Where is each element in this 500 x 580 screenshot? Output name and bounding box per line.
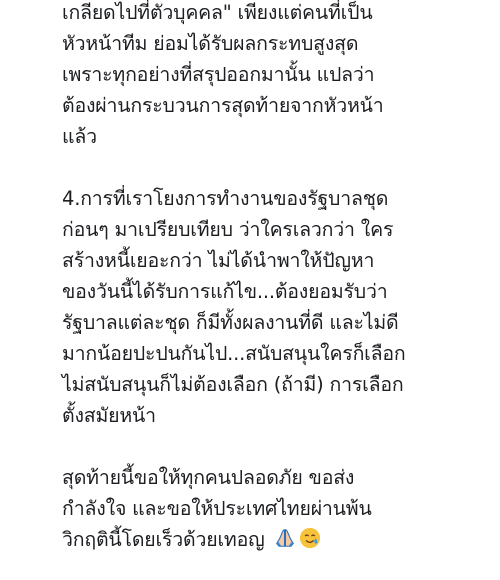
paragraph-gap	[62, 431, 492, 462]
text-line: ต้องผ่านกระบวนการสุดท้ายจากหัวหน้า	[62, 90, 492, 121]
text-line: ตั้งสมัยหน้า	[62, 400, 492, 431]
smiling-face-with-tear-icon	[299, 527, 321, 549]
paragraph-1: เกลียดไปที่ตัวบุคคล" เพียงแต่คนที่เป็น ห…	[62, 0, 492, 152]
paragraph-3: สุดท้ายนี้ขอให้ทุกคนปลอดภัย ขอส่ง กำลังใ…	[62, 462, 492, 555]
text-line: กำลังใจ และขอให้ประเทศไทยผ่านพ้น	[62, 493, 492, 524]
text-line: เพราะทุกอย่างที่สรุปออกมานั้น แปลว่า	[62, 59, 492, 90]
text-line: ของวันนี้ได้รับการแก้ไข...ต้องยอมรับว่า	[62, 276, 492, 307]
text-line: สร้างหนี้เยอะกว่า ไม่ได้นำพาให้ปัญหา	[62, 245, 492, 276]
text-line: ก่อนๆ มาเปรียบเทียบ ว่าใครเลวกว่า ใคร	[62, 214, 492, 245]
paragraph-gap	[62, 152, 492, 183]
text-line-with-emoji: วิกฤตินี้โดยเร็วด้วยเทอญ	[62, 524, 492, 555]
text-line: ไม่สนับสนุนก็ไม่ต้องเลือก (ถ้ามี) การเลื…	[62, 369, 492, 400]
text-line: มากน้อยปะปนกันไป...สนับสนุนใครก็เลือก	[62, 338, 492, 369]
text-line: รัฐบาลแต่ละชุด ก็มีทั้งผลงานที่ดี และไม่…	[62, 307, 492, 338]
text-line: วิกฤตินี้โดยเร็วด้วยเทอญ	[62, 528, 265, 551]
text-line: เกลียดไปที่ตัวบุคคล" เพียงแต่คนที่เป็น	[62, 0, 492, 28]
text-line: สุดท้ายนี้ขอให้ทุกคนปลอดภัย ขอส่ง	[62, 462, 492, 493]
post-body: เกลียดไปที่ตัวบุคคล" เพียงแต่คนที่เป็น ห…	[62, 0, 492, 555]
folded-hands-icon	[274, 527, 296, 549]
text-line: หัวหน้าทีม ย่อมได้รับผลกระทบสูงสุด	[62, 28, 492, 59]
paragraph-2: 4.การที่เราโยงการทำงานของรัฐบาลชุด ก่อนๆ…	[62, 183, 492, 431]
text-line: แล้ว	[62, 121, 492, 152]
text-line: 4.การที่เราโยงการทำงานของรัฐบาลชุด	[62, 183, 492, 214]
